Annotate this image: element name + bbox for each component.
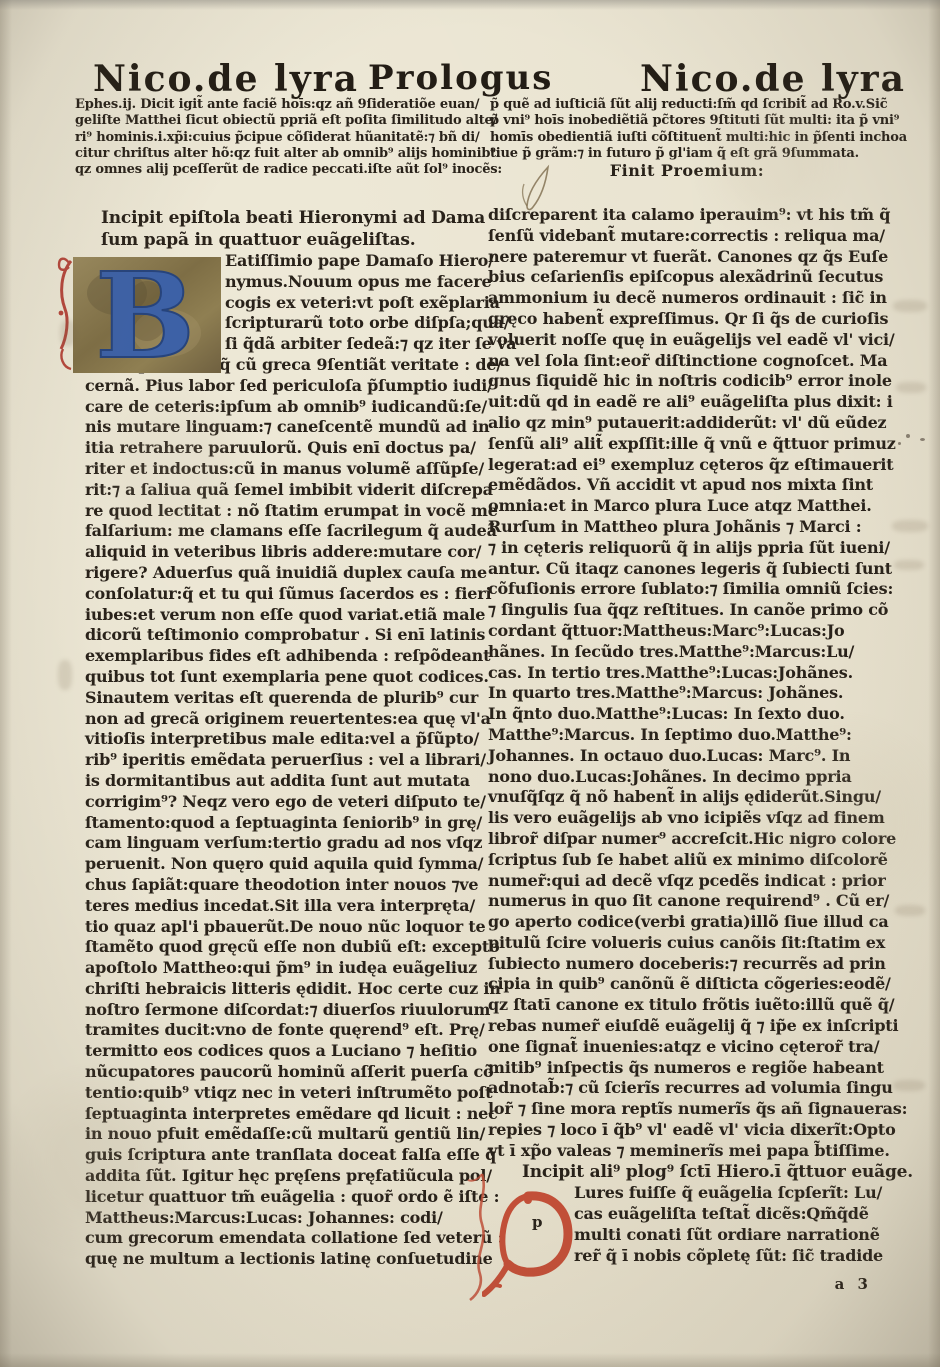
text-line: numer̃:qui ad decẽ vſqz pcedẽs indicat :… [488, 871, 888, 892]
text-line: care de ceteris:ipſum ab omnib⁹ iudicand… [85, 397, 485, 418]
text-line: cas. In tertio tres.Matthe⁹:Lucas:Johãne… [488, 663, 888, 684]
incipit-rubric: Incipit ali⁹ plog⁹ ſctī Hiero.ī q̃ttuor … [488, 1162, 888, 1183]
dropcap-section-p: p Lures fuiſſe q̃ euãgelia ſcpſerĩt: Lu/… [488, 1182, 888, 1295]
text-line: rer̃ q̃ ī nobis cõpletę ſũt: ſic̃ tradid… [574, 1245, 888, 1266]
page-scan: Nico.de lyra Prologus Nico.de lyra Ephes… [0, 0, 940, 1367]
text-line: ſenſũ ali⁹ alit̃ expſſit:ille q̃ vnũ e q… [488, 434, 888, 455]
text-line: chriſti hebraicis litteris ędidit. Hoc c… [85, 979, 485, 1000]
text-line: antur. Cũ itaqz canones legeris q̃ ſubie… [488, 559, 888, 580]
text-line: repies ⁊ loco ī q̃b⁹ vl' eadẽ vl' vicia … [488, 1120, 888, 1141]
ghost-smudge [895, 905, 925, 916]
text-line: go aperto codice(verbi gratia)illõ ſiue … [488, 912, 888, 933]
text-line: ⁊ in cęteris reliquorũ q̃ in alijs ppria… [488, 538, 888, 559]
text-line: Ephes.ij. Dicit igit̃ ante faciẽ hoīs:qz… [75, 97, 485, 113]
text-line: conſolatur:q̃ et tu qui ſũmus ſacerdos e… [85, 584, 485, 605]
text-line: ſum papã in quattuor euãgeliſtas. [85, 229, 485, 251]
text-line: cam linguam verſum:tertio gradu ad nos v… [85, 833, 485, 854]
text-line: Eatiſſimio pape Damaſo Hiero/ [225, 251, 485, 272]
text-line: na vel ſola ſint:eor̃ diſtinctione cogno… [488, 351, 888, 372]
text-line: ſtamento:quod a ſeptuaginta ſeniorib⁹ in… [85, 813, 485, 834]
incipit-heading: Incipit epiſtola beati Hieronymi ad Dama… [85, 207, 485, 251]
text-line: licetur quattuor tm̃ euãgelia : quor̃ or… [85, 1187, 485, 1208]
text-line: nis mutare linguam:⁊ caneſcentẽ mundũ ad… [85, 417, 485, 438]
gloss-right-lines: p̃ quẽ ad iuſticiã ſũt alij reducti:ſm̃ … [490, 97, 884, 162]
column-left: Incipit epiſtola beati Hieronymi ad Dama… [85, 207, 485, 1270]
text-line: is dormitantibus aut addita ſunt aut mut… [85, 771, 485, 792]
text-line: rib⁹ iperitis emẽdata peruerſius : vel a… [85, 750, 485, 771]
text-line: nymus.Nouum opus me facere [225, 272, 485, 293]
ghost-smudge [893, 300, 927, 312]
text-line: adnotab̃:⁊ cũ ſcierĩs recurres ad volumi… [488, 1078, 888, 1099]
ghost-smudge [894, 560, 924, 570]
text-line: ſcripturarũ toto orbe diſpſa;qua/ [225, 313, 485, 334]
text-line: peruenit. Non quęro quid aquila quid ſym… [85, 854, 485, 875]
text-line: nere pateremur vt fuerãt. Canones qz q̃s… [488, 247, 888, 268]
text-line: chus ſapiãt:quare theodotion inter nouos… [85, 875, 485, 896]
text-line: teres medius incedat.Sit illa vera inter… [85, 896, 485, 917]
text-line: libror̃ diſpar numer⁹ accreſcit.Hic nigr… [488, 829, 888, 850]
text-line: p̃ quẽ ad iuſticiã ſũt alij reducti:ſm̃ … [490, 97, 884, 113]
text-line: non ad grecã originem reuertentes:ea quę… [85, 709, 485, 730]
text-line: ⁊ ſingulis ſua q̃qz reſtitues. In canõe … [488, 600, 888, 621]
text-line: vitioſis interpretibus male edita:vel a … [85, 729, 485, 750]
text-line: Incipit epiſtola beati Hieronymi ad Dama [85, 207, 485, 229]
text-line: ſubiecto numero doceberis:⁊ recurrẽs ad … [488, 954, 888, 975]
text-line: cogis ex veteri:vt poſt exẽplaria [225, 293, 485, 314]
text-line: quę ne multum a lectionis latinę conſuet… [85, 1249, 485, 1270]
text-line: cordant q̃ttuor:Mattheus:Marc⁹:Lucas:Jo [488, 621, 888, 642]
text-line: mitib⁹ inſpectis q̃s numeros e regiõe ha… [488, 1058, 888, 1079]
text-line: guis ſcriptura ante tranſlata doceat fal… [85, 1145, 485, 1166]
text-line: Sinautem veritas eſt querenda de plurib⁹… [85, 688, 485, 709]
text-line: cas euãgeliſta teſtat̃ dicẽs:Qm̃q̃dẽ [574, 1203, 888, 1224]
text-line: dicorũ teſtimonio comprobatur . Si enī l… [85, 625, 485, 646]
ghost-smudge [892, 520, 928, 532]
text-line: ſeptuaginta interpretes emẽdare qd licui… [85, 1104, 485, 1125]
ink-speck [906, 434, 910, 438]
text-line: diſcreparent ita calamo iperauim⁹: vt hi… [488, 205, 888, 226]
text-line: numerus in quo ſit canone requirend⁹ . C… [488, 891, 888, 912]
ink-speck [898, 442, 901, 445]
text-line: noſtro ſermone diſcordat:⁊ diuerſos riuu… [85, 1000, 485, 1021]
text-line: ſenſũ videbant̃ mutare:correctis : reliq… [488, 226, 888, 247]
text-line: vt ī xp̃o valeas ⁊ meminerĩs mei papa b̃… [488, 1141, 888, 1162]
text-line: re quod lectitat : nõ ſtatim erumpat in … [85, 501, 485, 522]
text-line: qz omnes alij pceſſerũt de radice peccat… [75, 162, 485, 178]
ghost-smudge [58, 660, 72, 690]
left-body-lines: riant q̃ ſint illa q̃ cũ greca 9ſentiãt … [85, 355, 485, 1270]
ghost-smudge [893, 1080, 925, 1091]
text-line: Mattheus:Marcus:Lucas: Johannes: codi/ [85, 1208, 485, 1229]
right-body-lines: diſcreparent ita calamo iperauim⁹: vt hi… [488, 205, 888, 1162]
text-line: vnuſq̃ſqz q̃ nõ habent̃ in alijs ędiderũ… [488, 787, 888, 808]
text-line: cernã. Pius labor ſed periculoſa p̃ſumpt… [85, 376, 485, 397]
text-line: iubes:et verum non eſſe quod variat.etiã… [85, 605, 485, 626]
text-line: gnus ſiquidẽ hic in noſtris codicib⁹ err… [488, 371, 888, 392]
dropcap-section-b: B Eatiſſimio pape Damaſo Hiero/nymus.Nou… [85, 251, 485, 355]
text-line: voluerit noſſe quę in euãgelijs vel eadẽ… [488, 330, 888, 351]
text-line: lis vero euãgelijs ab vno icipiẽs vſqz a… [488, 808, 888, 829]
text-line: hãnes. In ſecũdo tres.Matthe⁹:Marcus:Lu/ [488, 642, 888, 663]
text-line: lor̃ ⁊ ſine mora reptĩs numerĩs q̃s añ ſ… [488, 1099, 888, 1120]
page-title: Prologus [368, 58, 553, 98]
text-line: omnia:et in Marco plura Luce atqz Matthe… [488, 496, 888, 517]
text-line: one ſignat̃ inuenies:atqz e vicino cęter… [488, 1037, 888, 1058]
svg-text:B: B [95, 253, 195, 377]
text-line: tramites ducit:vno de fonte quęrend⁹ eſt… [85, 1020, 485, 1041]
text-line: uit:dũ qd in eadẽ re ali⁹ euãgeliſta plu… [488, 392, 888, 413]
text-line: falſarium: me clamans eſſe ſacrilegum q̃… [85, 521, 485, 542]
text-line: Johannes. In octauo duo.Lucas: Marc⁹. In [488, 746, 888, 767]
text-line: emẽdãdos. Vñ accidit vt apud nos mixta ſ… [488, 475, 888, 496]
text-line: p̃ vni⁹ hoīs inobediẽtiã pc̃tores 9ſtitu… [490, 113, 884, 129]
text-line: In quarto tres.Matthe⁹:Marcus: Johãnes. [488, 683, 888, 704]
running-head-left: Nico.de lyra [93, 58, 359, 100]
text-line: citur chriſtus alter hõ:qz fuit alter ab… [75, 146, 485, 162]
text-line: exemplaribus fides eſt adhibenda : reſpõ… [85, 646, 485, 667]
text-line: nono duo.Lucas:Johãnes. In decimo ppria [488, 767, 888, 788]
drop-cap-p-icon [482, 1190, 574, 1302]
text-line: ri⁹ hominis.i.xp̃i:cuius p̃cipue cõſider… [75, 130, 485, 146]
text-line: gręco habent̃ expreſſimus. Qr ſi q̃s de … [488, 309, 888, 330]
text-line: pitulũ ſcire volueris cuius canõis ſit:ſ… [488, 933, 888, 954]
ink-speck [920, 438, 925, 441]
text-line: tiue p̃ grãm:⁊ in futuro p̃ gl'iam q̃ eſ… [490, 146, 884, 162]
text-line: qz ſtatī canone ex titulo frõtis iuẽto:i… [488, 995, 888, 1016]
text-line: homīs obedientiã iuſti cõſtituent̃ multi… [490, 130, 884, 146]
text-line: cum grecorum emendata collatione ſed vet… [85, 1228, 485, 1249]
ghost-smudge [896, 382, 926, 393]
text-line: tentio:quib⁹ vtiqz nec in veteri inſtrum… [85, 1083, 485, 1104]
gutter-flourish-icon [462, 1172, 490, 1302]
text-line: itia retrahere paruulorũ. Quis enī doctu… [85, 438, 485, 459]
text-line: riter et indoctus:cũ in manus volumẽ aſſ… [85, 459, 485, 480]
text-line: termitto eos codices quos a Luciano ⁊ he… [85, 1041, 485, 1062]
text-line: ſcriptus ſub ſe habet aliũ ex minimo diſ… [488, 850, 888, 871]
text-line: multi conati ſũt ordiare narrationẽ [574, 1224, 888, 1245]
drop-cap-b-icon: B [57, 253, 225, 377]
text-line: ammonium iu decẽ numeros ordinauit : ſic… [488, 288, 888, 309]
text-line: geliſte Matthei ſicut obiectũ ppriã eſt … [75, 113, 485, 129]
text-line: nũcupatores paucorũ hominũ aſſerit puerſ… [85, 1062, 485, 1083]
text-line: apoſtolo Mattheo:qui p̃m⁹ in iudęa euãge… [85, 958, 485, 979]
text-line: Matthe⁹:Marcus. In ſeptimo duo.Matthe⁹: [488, 725, 888, 746]
text-line: in nouo pfuit emẽdaſſe:cũ multarũ gentiũ… [85, 1124, 485, 1145]
text-line: ſtamẽto quod gręcũ eſſe non dubiũ eſt: e… [85, 937, 485, 958]
text-line: cipia in quib⁹ canõnũ ẽ diſticta cõgerie… [488, 974, 888, 995]
text-line: cõfuſionis errore ſublato:⁊ ſimilia omni… [488, 579, 888, 600]
gloss-left: Ephes.ij. Dicit igit̃ ante faciẽ hoīs:qz… [75, 97, 485, 178]
text-line: aliquid in veteribus libris addere:mutar… [85, 542, 485, 563]
text-line: tio quaz apl'i pbauerũt.De nouo nũc loqu… [85, 917, 485, 938]
text-line: rebas numer̃ eiuſdẽ euãgelij q̃ ⁊ ip̃e e… [488, 1016, 888, 1037]
text-line: ſi q̃dã arbiter ſedeã:⁊ qz iter ſe va [225, 334, 485, 355]
text-line: Lures fuiſſe q̃ euãgelia ſcpſerĩt: Lu/ [574, 1182, 888, 1203]
text-line: alio qz min⁹ putauerit:addiderũt: vl' dũ… [488, 413, 888, 434]
guide-letter: p [532, 1212, 542, 1233]
text-line: rigere? Aduerſus quã inuidiã duplex cauſ… [85, 563, 485, 584]
text-line: addita ſũt. Igitur hęc pręſens pręfatiũc… [85, 1166, 485, 1187]
text-line: quibus tot ſunt exemplaria pene quot cod… [85, 667, 485, 688]
text-line: corrigim⁹? Neqz vero ego de veteri diſpu… [85, 792, 485, 813]
text-line: In q̃nto duo.Matthe⁹:Lucas: In ſexto duo… [488, 704, 888, 725]
text-line: rit:⁊ a ſaliua quã ſemel imbibit viderit… [85, 480, 485, 501]
text-line: Rurſum in Mattheo plura Johãnis ⁊ Marci … [488, 517, 888, 538]
column-right: diſcreparent ita calamo iperauim⁹: vt hi… [488, 205, 888, 1295]
text-line: bius ceſarienſis epiſcopus alexãdrinũ ſe… [488, 267, 888, 288]
text-line: legerat:ad ei⁹ exempluz cęteros q̃z eſti… [488, 455, 888, 476]
running-head-right: Nico.de lyra [640, 58, 906, 100]
